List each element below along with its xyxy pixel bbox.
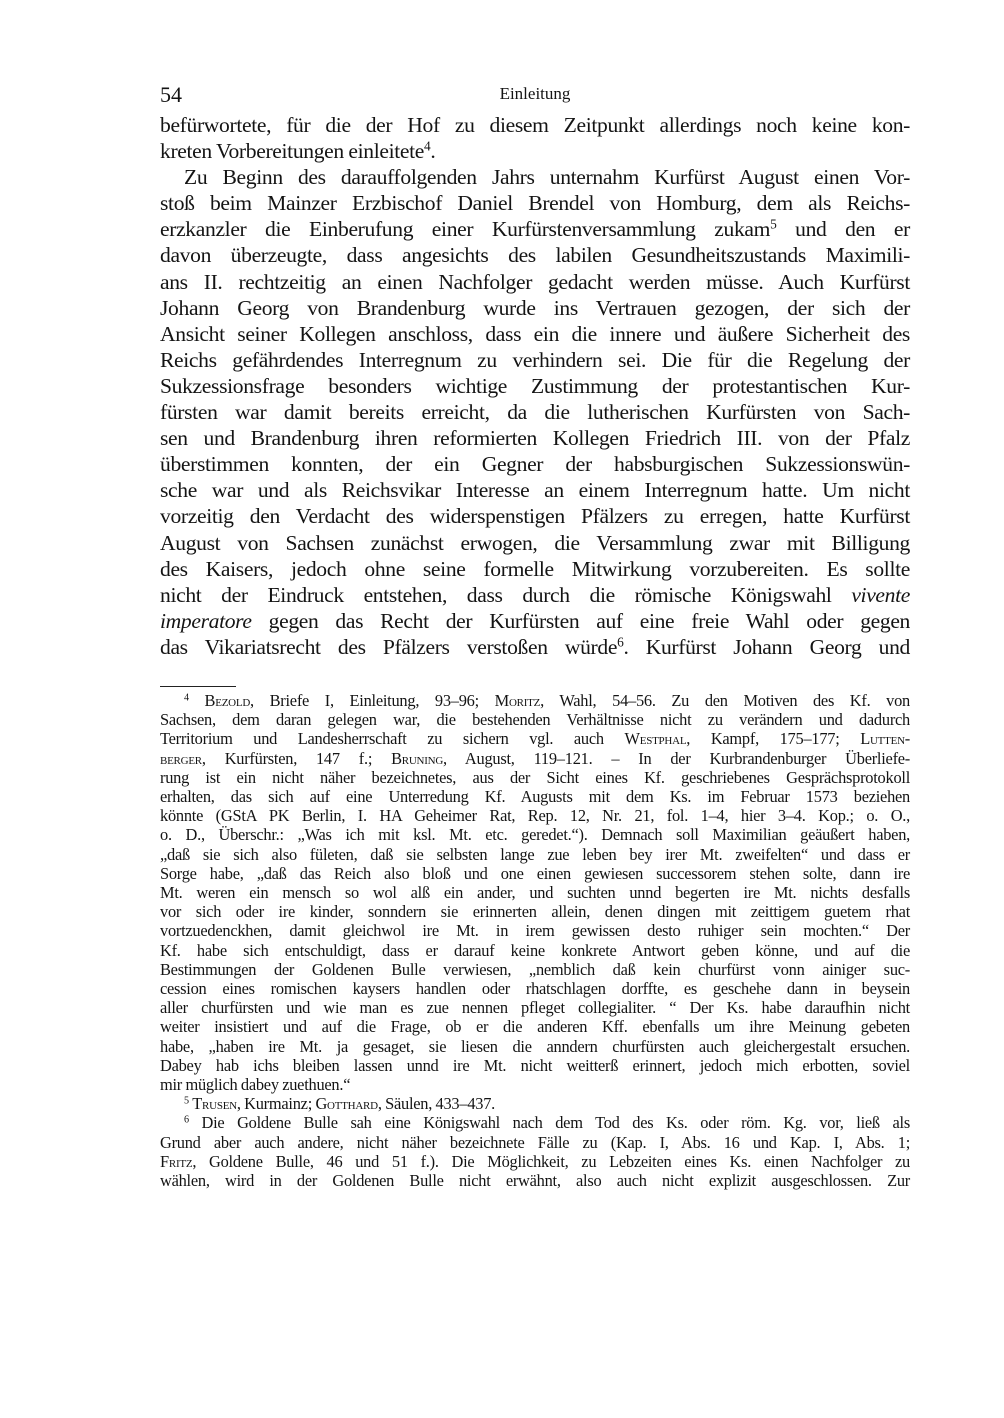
main-text: befürwortete, für die der Hof zu diesem … (160, 112, 910, 660)
text-line: imperatore gegen das Recht der Kurfürste… (160, 608, 910, 634)
text-line: sen und Brandenburg ihren reformierten K… (160, 425, 910, 451)
text-line: Dabey hab ichs bleiben lassen unnd ire M… (160, 1056, 910, 1075)
footnote-number: 4 (184, 692, 189, 703)
text-line: August von Sachsen zunächst erwogen, die… (160, 530, 910, 556)
text-line: überstimmen konnten, der ein Gegner der … (160, 451, 910, 477)
text-line: Sukzessionsfrage besonders wichtige Zust… (160, 373, 910, 399)
latin-phrase: vivente (851, 583, 910, 607)
text-line: Ansicht seiner Kollegen anschloss, dass … (160, 321, 910, 347)
text-line: Sorge habe, „daß das Reich also bloß und… (160, 864, 910, 883)
text-line: Fritz, Goldene Bulle, 46 und 51 f.). Die… (160, 1152, 910, 1171)
text-line: das Vikariatsrecht des Pfälzers verstoße… (160, 634, 910, 660)
text-line: Kf. habe sich entschuldigt, dass er dara… (160, 941, 910, 960)
text-line: des Kaisers, jedoch ohne seine formelle … (160, 556, 910, 582)
text-line: 4 Bezold, Briefe I, Einleitung, 93–96; M… (160, 691, 910, 710)
footnotes: 4 Bezold, Briefe I, Einleitung, 93–96; M… (160, 691, 910, 1190)
text-line: berger, Kurfürsten, 147 f.; Bruning, Aug… (160, 749, 910, 768)
footnote-6: 6 Die Goldene Bulle sah eine Königswahl … (160, 1113, 910, 1190)
text-line: Zu Beginn des darauffolgenden Jahrs unte… (160, 164, 910, 190)
text-line: o. D., Überschr.: „Was ich mit ksl. Mt. … (160, 825, 910, 844)
book-page: 54 Einleitung befürwortete, für die der … (160, 78, 910, 1190)
footnote-4: 4 Bezold, Briefe I, Einleitung, 93–96; M… (160, 691, 910, 1094)
text-line: nicht der Eindruck entstehen, dass durch… (160, 582, 910, 608)
text-line: könnte (GStA PK Berlin, I. HA Geheimer R… (160, 806, 910, 825)
text-line: Johann Georg von Brandenburg wurde ins V… (160, 295, 910, 321)
text-line: 6 Die Goldene Bulle sah eine Königswahl … (160, 1113, 910, 1132)
text-line: aller churfürsten und wie man es zue nen… (160, 998, 910, 1017)
text-line: stoß beim Mainzer Erzbischof Daniel Bren… (160, 190, 910, 216)
text-line: rung ist ein nicht näher bezeichnetes, a… (160, 768, 910, 787)
latin-phrase: imperatore (160, 609, 252, 633)
text-line: cession eines romischen kaysers handlen … (160, 979, 910, 998)
text-line: „daß sie sich also fületen, daß sie selb… (160, 845, 910, 864)
footnote-number: 5 (184, 1096, 189, 1107)
text-line: erhalten, das sich auf eine Unterredung … (160, 787, 910, 806)
text-line: wählen, wird in der Goldenen Bulle nicht… (160, 1171, 910, 1190)
chapter-title: Einleitung (160, 84, 910, 104)
text-line: Grund aber auch andere, nicht näher beze… (160, 1133, 910, 1152)
text-line: fürsten war damit bereits erreicht, da d… (160, 399, 910, 425)
text-line: Territorium und Landesherrschaft zu sich… (160, 729, 910, 748)
text-line: vor sich oder ire kinder, sonndern sie e… (160, 902, 910, 921)
text-line: davon überzeugte, dass angesichts des la… (160, 242, 910, 268)
text-line: weiter insistiert und auf die Frage, ob … (160, 1017, 910, 1036)
text-line: befürwortete, für die der Hof zu diesem … (160, 112, 910, 138)
text-line: Bestimmungen der Goldenen Bulle verwiese… (160, 960, 910, 979)
paragraph-1: befürwortete, für die der Hof zu diesem … (160, 112, 910, 164)
running-head: 54 Einleitung (160, 78, 910, 112)
text-line: vortzuedenckhen, damit gleichwol ire Mt.… (160, 921, 910, 940)
paragraph-2: Zu Beginn des darauffolgenden Jahrs unte… (160, 164, 910, 660)
text-line: Reichs gefährdendes Interregnum zu verhi… (160, 347, 910, 373)
text-line: Sachsen, dem daran gelegen war, die best… (160, 710, 910, 729)
text-line: 5 Trusen, Kurmainz; Gotthard, Säulen, 43… (160, 1094, 910, 1113)
text-line: ans II. rechtzeitig an einen Nachfolger … (160, 269, 910, 295)
text-line: Mt. weren ein mensch so wol alß ein ande… (160, 883, 910, 902)
footnote-5: 5 Trusen, Kurmainz; Gotthard, Säulen, 43… (160, 1094, 910, 1113)
footnote-divider (160, 686, 236, 687)
text-line: mir müglich dabey zuethuen.“ (160, 1075, 910, 1094)
text-line: vorzeitig den Verdacht des widerspenstig… (160, 503, 910, 529)
text-line: habe, „haben ire Mt. ja gesaget, sie lie… (160, 1037, 910, 1056)
text-line: erzkanzler die Einberufung einer Kurfürs… (160, 216, 910, 242)
text-line: sche war und als Reichsvikar Interesse a… (160, 477, 910, 503)
text-line: kreten Vorbereitungen einleitete4. (160, 138, 910, 164)
